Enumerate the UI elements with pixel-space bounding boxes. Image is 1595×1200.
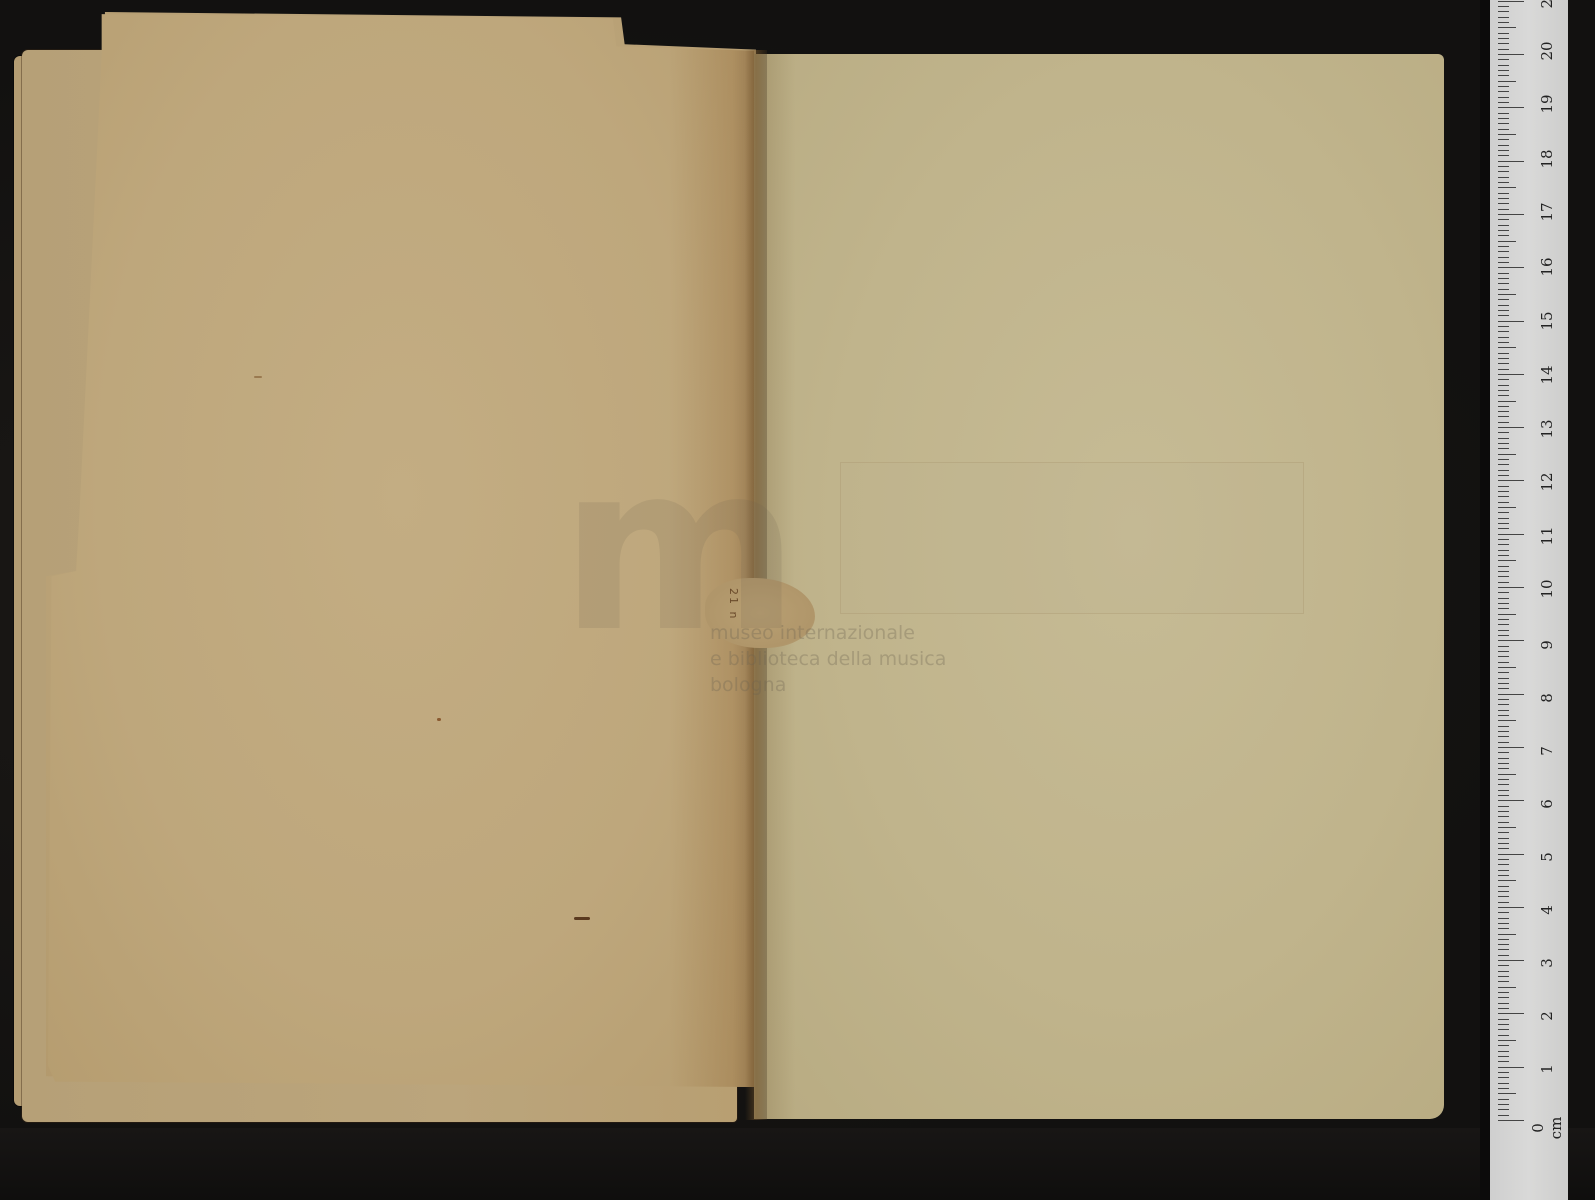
ruler-tick <box>1498 822 1509 823</box>
ruler-tick <box>1498 422 1509 423</box>
ruler-tick <box>1498 768 1509 769</box>
ruler-tick <box>1498 241 1516 242</box>
ruler-label: 21 <box>1538 0 1556 14</box>
ruler-tick <box>1498 502 1509 503</box>
ruler-tick <box>1498 54 1524 55</box>
ruler-label-0: 0 cm <box>1529 1113 1565 1143</box>
ruler-tick <box>1498 1029 1509 1030</box>
ruler-tick <box>1498 448 1509 449</box>
ruler-tick <box>1498 273 1509 274</box>
ruler-tick <box>1498 886 1509 887</box>
ruler-tick <box>1498 459 1509 460</box>
ruler-tick <box>1498 651 1509 652</box>
ruler-tick <box>1498 251 1509 252</box>
ruler-tick <box>1498 209 1509 210</box>
ruler-tick <box>1498 507 1516 508</box>
ruler-tick <box>1498 486 1509 487</box>
ruler-tick <box>1498 934 1516 935</box>
ruler-tick <box>1498 923 1509 924</box>
ruler-tick <box>1498 187 1516 188</box>
ruler-tick <box>1498 997 1509 998</box>
ruler-tick <box>1498 560 1516 561</box>
ruler-label: 11 <box>1538 521 1556 551</box>
scan-scene: 21 n m museo internazionale e biblioteca… <box>0 0 1595 1200</box>
ruler-tick <box>1498 640 1524 641</box>
ruler-label: 10 <box>1538 574 1556 604</box>
ruler-tick <box>1498 33 1509 34</box>
ruler-tick <box>1498 811 1509 812</box>
ruler-tick <box>1498 416 1509 417</box>
ruler-tick <box>1498 592 1509 593</box>
ruler-tick <box>1498 550 1509 551</box>
ruler-tick <box>1498 678 1509 679</box>
ruler-tick <box>1498 859 1509 860</box>
ruler-tick <box>1498 747 1524 748</box>
ruler-label: 14 <box>1538 360 1556 390</box>
ruler-tick <box>1498 1083 1509 1084</box>
ruler-tick <box>1498 464 1509 465</box>
ruler-tick <box>1498 843 1509 844</box>
ruler-label: 5 <box>1538 842 1556 872</box>
ruler-tick <box>1498 891 1509 892</box>
ruler-tick <box>1498 710 1509 711</box>
ruler-tick <box>1498 496 1509 497</box>
ruler-tick <box>1498 203 1509 204</box>
ruler-tick <box>1498 230 1509 231</box>
ruler-tick <box>1498 1093 1516 1094</box>
ruler-tick <box>1498 971 1509 972</box>
ruler-tick <box>1498 571 1509 572</box>
ruler-tick <box>1498 118 1509 119</box>
ruler-label: 19 <box>1538 89 1556 119</box>
ruler-tick <box>1498 539 1509 540</box>
ruler-tick <box>1498 267 1524 268</box>
ruler-tick <box>1498 854 1524 855</box>
ruler-tick <box>1498 470 1509 471</box>
ruler-tick <box>1498 1 1524 2</box>
ruler-tick <box>1498 981 1509 982</box>
ruler-tick <box>1498 358 1509 359</box>
ruler-tick <box>1498 283 1509 284</box>
ruler-tick <box>1498 235 1509 236</box>
ruler-tick <box>1498 177 1509 178</box>
ruler-tick <box>1498 1008 1509 1009</box>
ruler-tick <box>1498 257 1509 258</box>
ruler-tick <box>1498 401 1516 402</box>
ruler-tick <box>1498 939 1509 940</box>
ruler-tick <box>1498 715 1509 716</box>
ruler-tick <box>1498 1056 1509 1057</box>
ink-spot <box>574 917 590 920</box>
ruler-tick <box>1498 902 1509 903</box>
ruler-tick <box>1498 838 1509 839</box>
ruler-tick <box>1498 731 1509 732</box>
ruler-tick <box>1498 198 1509 199</box>
ruler-tick <box>1498 321 1524 322</box>
ruler-tick <box>1498 806 1509 807</box>
ruler-tick <box>1498 662 1509 663</box>
left-page <box>48 12 754 1087</box>
ruler-label: 18 <box>1538 144 1556 174</box>
ruler-tick <box>1498 299 1509 300</box>
ruler-tick <box>1498 1088 1509 1089</box>
ruler-tick <box>1498 443 1509 444</box>
ruler-tick <box>1498 918 1509 919</box>
ruler-tick <box>1498 667 1516 668</box>
ruler-tick <box>1498 774 1516 775</box>
ruler-tick <box>1498 896 1509 897</box>
ruler-tick <box>1498 523 1509 524</box>
ruler-tick <box>1498 587 1524 588</box>
ruler-tick <box>1498 624 1509 625</box>
ruler-tick <box>1498 694 1524 695</box>
ruler-tick <box>1498 38 1509 39</box>
ruler-tick <box>1498 385 1509 386</box>
ruler-tick <box>1498 816 1509 817</box>
ruler-tick <box>1498 310 1509 311</box>
ruler-tick <box>1498 912 1509 913</box>
ruler-tick <box>1498 566 1509 567</box>
ruler-tick <box>1498 1040 1516 1041</box>
ruler-tick <box>1498 608 1509 609</box>
ruler-tick <box>1498 6 1509 7</box>
ruler-tick <box>1498 800 1524 801</box>
ruler-tick <box>1498 369 1509 370</box>
ruler-tick <box>1498 992 1509 993</box>
ruler-tick <box>1498 683 1509 684</box>
ruler-label: 15 <box>1538 306 1556 336</box>
ruler-tick <box>1498 832 1509 833</box>
ruler-tick <box>1498 491 1509 492</box>
ruler-tick <box>1498 219 1509 220</box>
ruler-tick <box>1498 699 1509 700</box>
ruler-tick <box>1498 395 1509 396</box>
ruler-tick <box>1498 1104 1509 1105</box>
ruler-tick <box>1498 827 1516 828</box>
ruler-tick <box>1498 480 1524 481</box>
ruler-label: 1 <box>1538 1054 1556 1084</box>
ruler-tick <box>1498 81 1516 82</box>
ruler-tick <box>1498 987 1516 988</box>
ruler-tick <box>1498 635 1509 636</box>
ruler-label: 6 <box>1538 789 1556 819</box>
ruler-label: 13 <box>1538 414 1556 444</box>
ruler-tick <box>1498 337 1509 338</box>
ruler-tick <box>1498 1003 1509 1004</box>
ruler-tick <box>1498 342 1509 343</box>
ruler-tick <box>1498 75 1509 76</box>
ruler-tick <box>1498 363 1509 364</box>
ruler-tick <box>1498 86 1509 87</box>
ruler-tick <box>1498 688 1509 689</box>
ruler-tick <box>1498 870 1509 871</box>
ruler-tick <box>1498 1109 1509 1110</box>
ruler-tick <box>1498 1099 1509 1100</box>
ruler-tick <box>1498 49 1509 50</box>
ruler-tick <box>1498 1045 1509 1046</box>
ruler-tick <box>1498 1072 1509 1073</box>
ruler-tick <box>1498 438 1509 439</box>
ruler-tick <box>1498 294 1516 295</box>
ruler-tick <box>1498 134 1516 135</box>
ruler-tick <box>1498 598 1509 599</box>
ruler-tick <box>1498 454 1516 455</box>
ruler-tick <box>1498 305 1509 306</box>
ruler-tick <box>1498 161 1524 162</box>
ruler-label: 9 <box>1538 630 1556 660</box>
ink-spot <box>437 718 441 721</box>
ruler-tick <box>1498 742 1509 743</box>
ruler-label: 20 <box>1538 36 1556 66</box>
ruler-tick <box>1498 411 1509 412</box>
ruler-tick <box>1498 214 1524 215</box>
ruler-tick <box>1498 289 1509 290</box>
ruler-tick <box>1498 779 1509 780</box>
ruler-tick <box>1498 353 1509 354</box>
ruler-tick <box>1498 406 1509 407</box>
ruler-tick <box>1498 875 1509 876</box>
ruler-tick <box>1498 907 1524 908</box>
ruler-tick <box>1498 965 1509 966</box>
ruler-tick <box>1498 379 1509 380</box>
ruler-tick <box>1498 17 1509 18</box>
ruler-tick <box>1498 145 1509 146</box>
ruler-label: 12 <box>1538 467 1556 497</box>
ruler-tick <box>1498 475 1509 476</box>
ruler-tick <box>1498 1051 1509 1052</box>
ruler-tick <box>1498 65 1509 66</box>
ruler-tick <box>1498 758 1509 759</box>
ruler-tick <box>1498 576 1509 577</box>
ruler-tick <box>1498 949 1509 950</box>
ruler-tick <box>1498 544 1509 545</box>
ruler-tick <box>1498 102 1509 103</box>
ruler-tick <box>1498 171 1509 172</box>
ruler-tick <box>1498 672 1509 673</box>
ruler-tick <box>1498 630 1509 631</box>
ruler-tick <box>1498 326 1509 327</box>
ruler-tick <box>1498 619 1509 620</box>
ruler-tick <box>1498 432 1509 433</box>
ruler-shadow <box>1480 0 1490 1200</box>
ruler-tick <box>1498 427 1524 428</box>
ruler-tick <box>1498 720 1516 721</box>
ruler-tick <box>1498 113 1509 114</box>
ruler-tick <box>1498 1120 1524 1121</box>
ruler-tick <box>1498 1115 1509 1116</box>
ruler-tick <box>1498 225 1509 226</box>
ruler-label: 16 <box>1538 252 1556 282</box>
ruler-tick <box>1498 1067 1524 1068</box>
ruler-tick <box>1498 27 1516 28</box>
ruler-tick <box>1498 646 1509 647</box>
ruler-tick <box>1498 752 1509 753</box>
ruler-tick <box>1498 91 1509 92</box>
ruler-tick <box>1498 534 1524 535</box>
measurement-ruler: 0 cm 1 2 3 4 5 6 7 8 9 10 11 12 13 14 15… <box>1490 0 1568 1200</box>
ruler-tick <box>1498 262 1509 263</box>
ruler-tick <box>1498 331 1509 332</box>
ruler-tick <box>1498 955 1509 956</box>
ruler-tick <box>1498 1035 1509 1036</box>
ruler-label: 8 <box>1538 683 1556 713</box>
ruler-tick <box>1498 864 1509 865</box>
ruler-tick <box>1498 246 1509 247</box>
ruler-tick <box>1498 848 1509 849</box>
ruler-tick <box>1498 43 1509 44</box>
ruler-tick <box>1498 555 1509 556</box>
ink-spot <box>254 376 262 378</box>
ruler-tick <box>1498 1019 1509 1020</box>
ruler-tick <box>1498 736 1509 737</box>
ruler-tick <box>1498 784 1509 785</box>
ruler-tick <box>1498 97 1509 98</box>
ruler-tick <box>1498 374 1524 375</box>
marginalia-text: 21 n <box>728 588 740 668</box>
ruler-tick <box>1498 22 1509 23</box>
ruler-tick <box>1498 59 1509 60</box>
ruler-tick <box>1498 1013 1524 1014</box>
ruler-label: 17 <box>1538 197 1556 227</box>
ruler-tick <box>1498 603 1509 604</box>
ruler-label: 2 <box>1538 1001 1556 1031</box>
ruler-tick <box>1498 704 1509 705</box>
ruler-tick <box>1498 976 1509 977</box>
ruler-tick <box>1498 390 1509 391</box>
ruler-tick <box>1498 763 1509 764</box>
ruler-label: 3 <box>1538 948 1556 978</box>
ruler-tick <box>1498 123 1509 124</box>
ruler-tick <box>1498 518 1509 519</box>
ruler-tick <box>1498 1061 1509 1062</box>
ruler-tick <box>1498 795 1509 796</box>
ruler-tick <box>1498 107 1524 108</box>
ruler-tick <box>1498 582 1509 583</box>
ruler-tick <box>1498 315 1509 316</box>
bottom-shadow-band <box>0 1128 1595 1200</box>
ruler-tick <box>1498 1077 1509 1078</box>
ruler-tick <box>1498 139 1509 140</box>
ruler-tick <box>1498 790 1509 791</box>
ruler-tick <box>1498 944 1509 945</box>
ruler-tick <box>1498 512 1509 513</box>
ruler-tick <box>1498 880 1516 881</box>
ruler-tick <box>1498 11 1509 12</box>
ruler-label: 4 <box>1538 895 1556 925</box>
ruler-tick <box>1498 960 1524 961</box>
ruler-tick <box>1498 155 1509 156</box>
ruler-tick <box>1498 193 1509 194</box>
ruler-tick <box>1498 70 1509 71</box>
ruler-tick <box>1498 614 1516 615</box>
ruler-tick <box>1498 129 1509 130</box>
ruler-tick <box>1498 182 1509 183</box>
ruler-tick <box>1498 726 1509 727</box>
ruler-tick <box>1498 166 1509 167</box>
ruler-tick <box>1498 528 1509 529</box>
ruler-label: 7 <box>1538 736 1556 766</box>
show-through-plate-mark <box>840 462 1304 614</box>
ruler-tick <box>1498 150 1509 151</box>
ruler-tick <box>1498 347 1516 348</box>
ruler-tick <box>1498 928 1509 929</box>
ruler-tick <box>1498 278 1509 279</box>
ruler-tick <box>1498 656 1509 657</box>
ruler-tick <box>1498 1024 1509 1025</box>
